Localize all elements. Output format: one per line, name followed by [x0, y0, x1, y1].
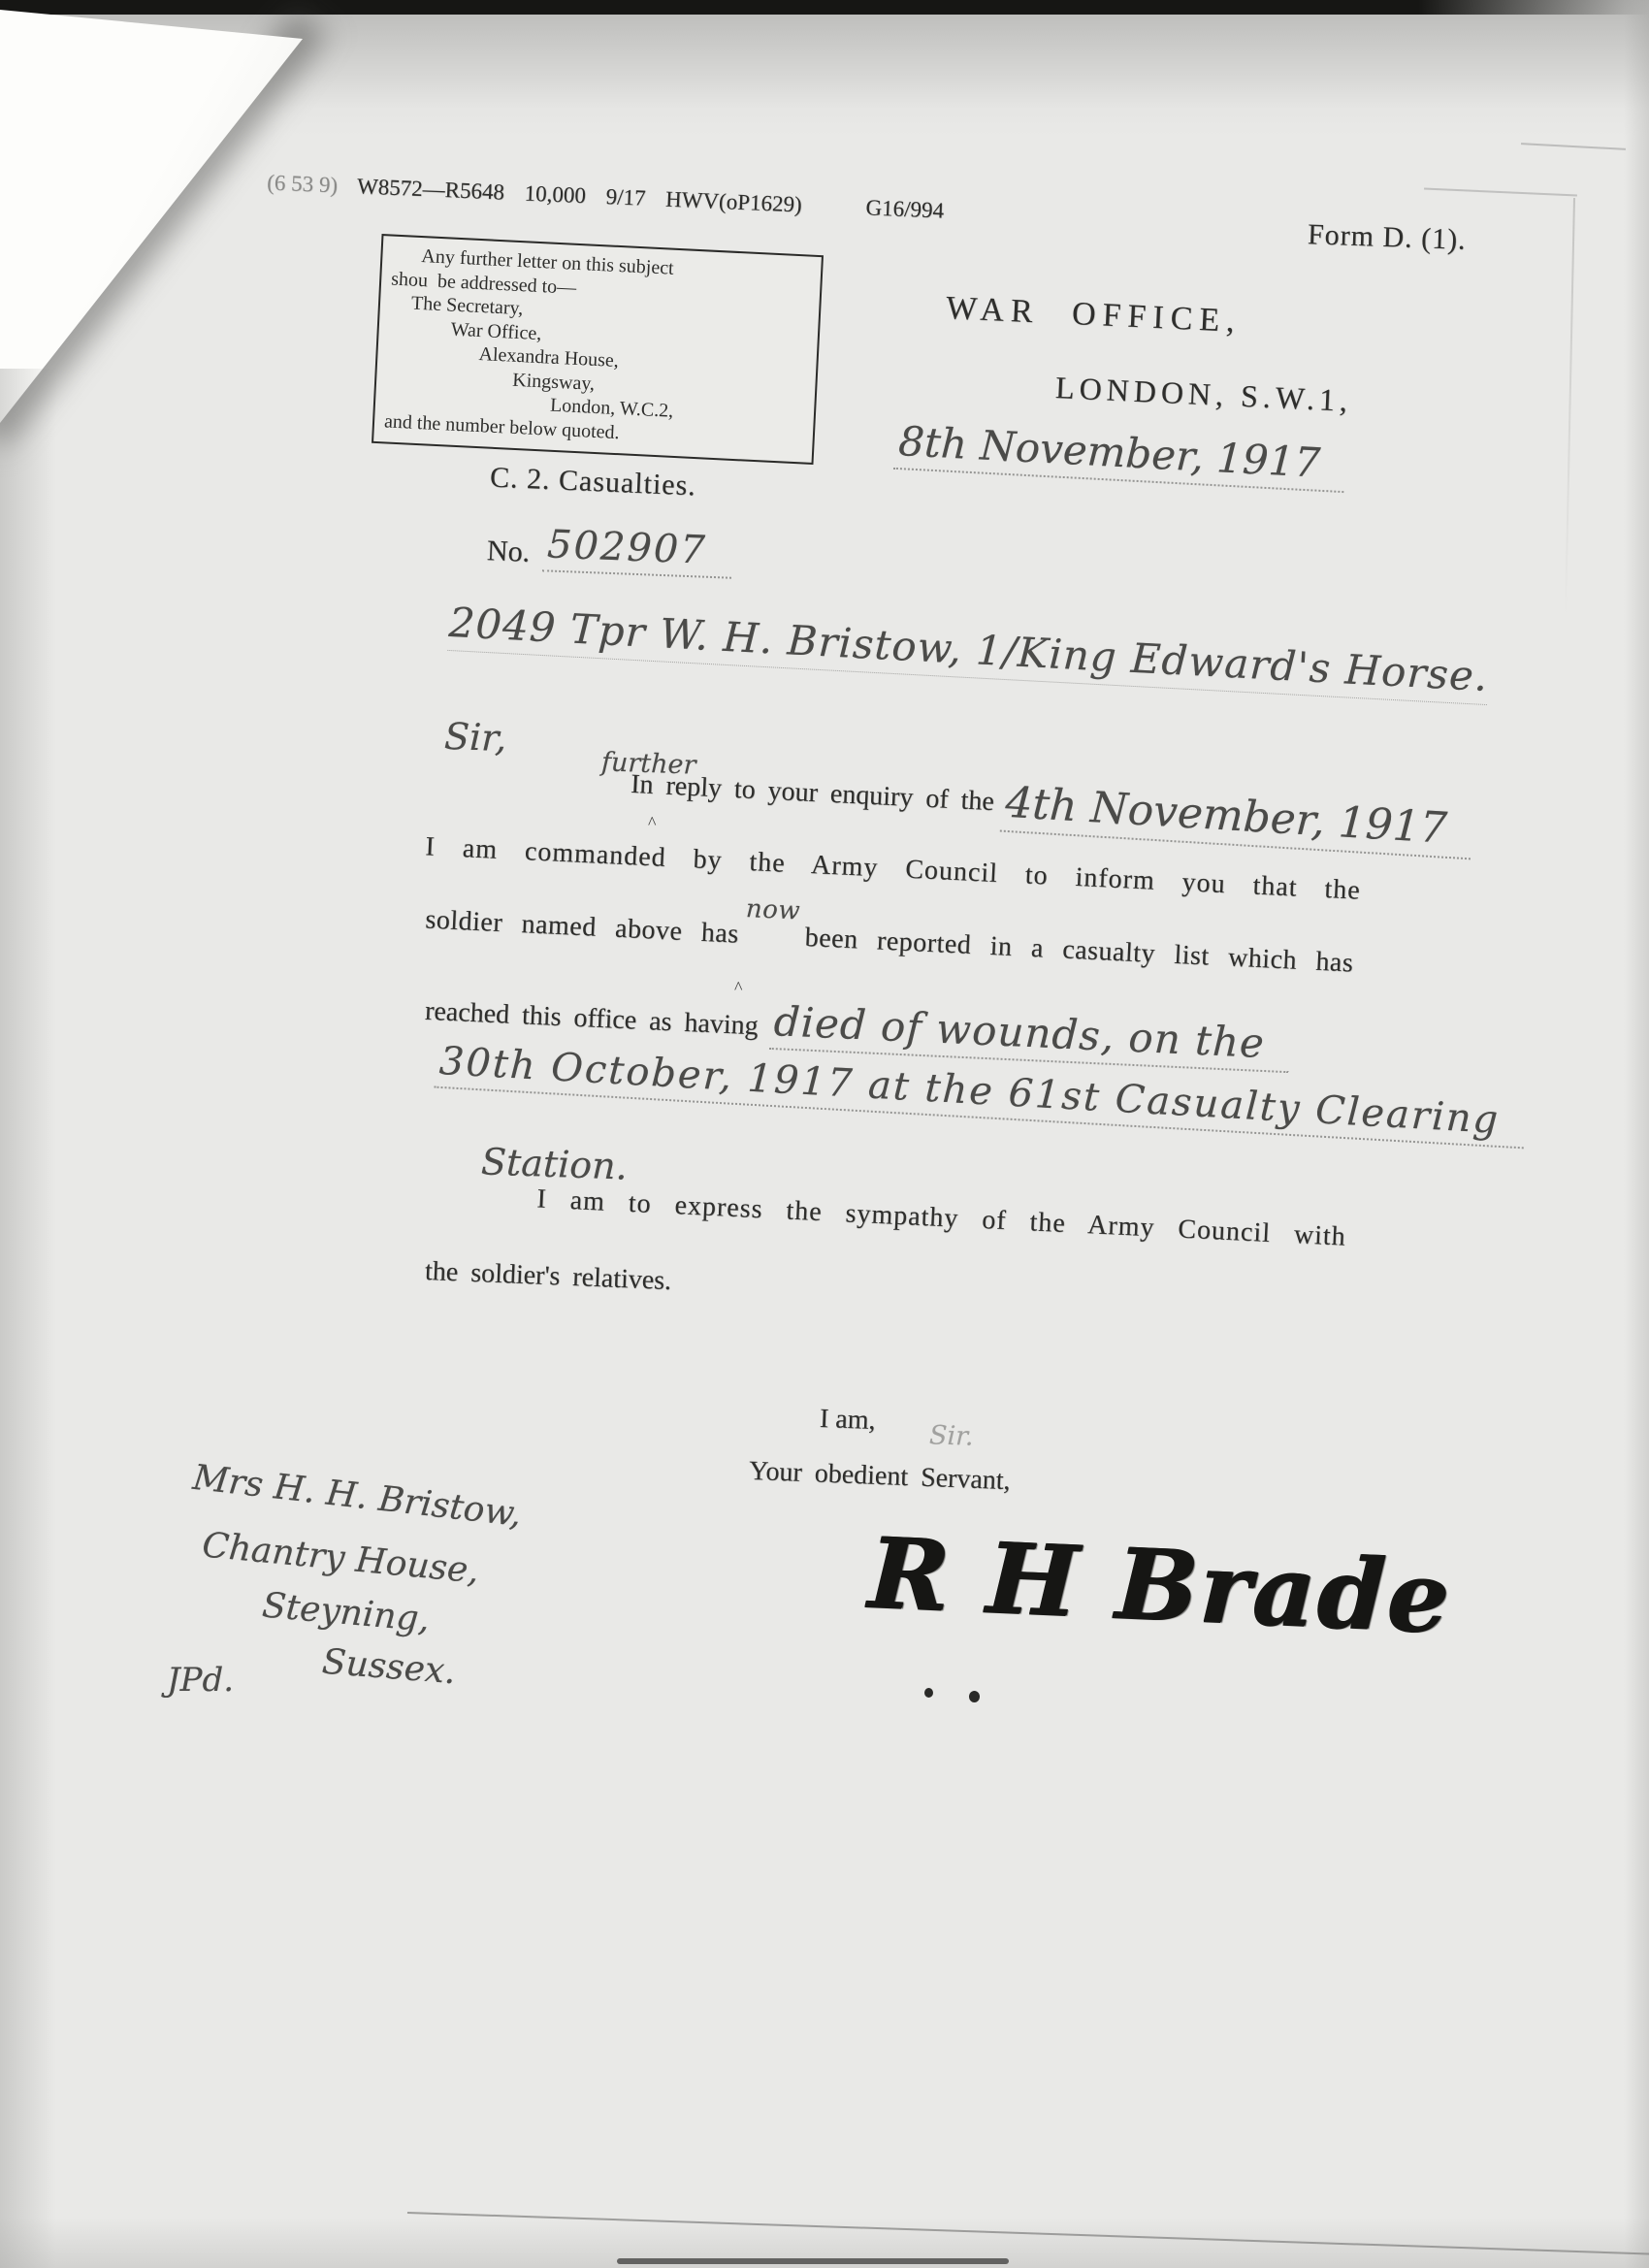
soldier-addressee-handwritten: 2049 Tpr W. H. Bristow, 1/King Edward's … — [447, 599, 1489, 705]
cause-of-death-handwritten-3: Station. — [480, 1140, 628, 1187]
recipient-line: Mrs H. H. Bristow, — [191, 1458, 524, 1535]
inserted-word-now: now — [745, 894, 801, 926]
recipient-line: Chantry House, — [201, 1525, 481, 1591]
closing-obedient-servant: Your obedient Servant, — [748, 1456, 1011, 1497]
paragraph1-line2-a: soldier named above has — [425, 904, 740, 949]
top-scanner-edge — [0, 0, 1649, 15]
recipient-line: Steyning, — [261, 1586, 432, 1640]
letterhead-office: WAR OFFICE, — [945, 290, 1242, 340]
scanner-artifact-line — [617, 2258, 1009, 2264]
reply-line: In reply to your enquiry of the — [630, 769, 994, 818]
right-edge-shadow — [1624, 0, 1649, 2268]
paragraph2-line1: I am to express the sympathy of the Army… — [536, 1183, 1347, 1252]
letterhead-city: LONDON, S.W.1, — [1054, 370, 1353, 419]
insertion-caret: ^ — [648, 813, 656, 833]
salutation: Sir, — [443, 715, 507, 760]
pencil-sir: Sir. — [928, 1420, 974, 1452]
print-code-mid: W8572—R5648 10,000 9/17 HWV(oP1629) — [357, 174, 803, 216]
recipient-line: Sussex. — [321, 1642, 458, 1693]
clerk-initials: JPd. — [167, 1661, 234, 1700]
ink-dots — [924, 1688, 933, 1698]
signature-r-h-brade: R H Brade — [866, 1515, 1453, 1655]
underlying-page-mark — [1424, 188, 1577, 197]
letter-date-handwritten: 8th November, 1917 — [893, 417, 1346, 493]
address-notice-box: Any further letter on this subject shou … — [372, 234, 824, 465]
reference-number-label: No. — [486, 535, 530, 569]
left-edge-shadow — [0, 369, 56, 2268]
closing-i-am: I am, — [819, 1404, 876, 1437]
print-code-right: G16/994 — [865, 195, 944, 222]
branch-label: C. 2. Casualties. — [489, 462, 696, 503]
enquiry-date-handwritten: 4th November, 1917 — [1000, 778, 1473, 860]
paragraph1-line2: soldier named above hasnowbeen reported … — [425, 904, 1354, 979]
underlying-page-edge — [1565, 198, 1575, 615]
print-code-line: (6 53 9)W8572—R5648 10,000 9/17 HWV(oP16… — [267, 170, 945, 223]
paragraph2-line2: the soldier's relatives. — [424, 1256, 671, 1297]
print-code-left: (6 53 9) — [267, 170, 339, 197]
form-number: Form D. (1). — [1307, 218, 1467, 257]
paragraph1-line3-typed: reached this office as having — [424, 996, 759, 1042]
paragraph1-line2-b: been reported in a casualty list which h… — [804, 923, 1354, 979]
underlying-page-mark — [1521, 143, 1626, 150]
scanned-letter-page: (6 53 9)W8572—R5648 10,000 9/17 HWV(oP16… — [0, 0, 1649, 2268]
reference-number-handwritten: 502907 — [542, 522, 733, 578]
